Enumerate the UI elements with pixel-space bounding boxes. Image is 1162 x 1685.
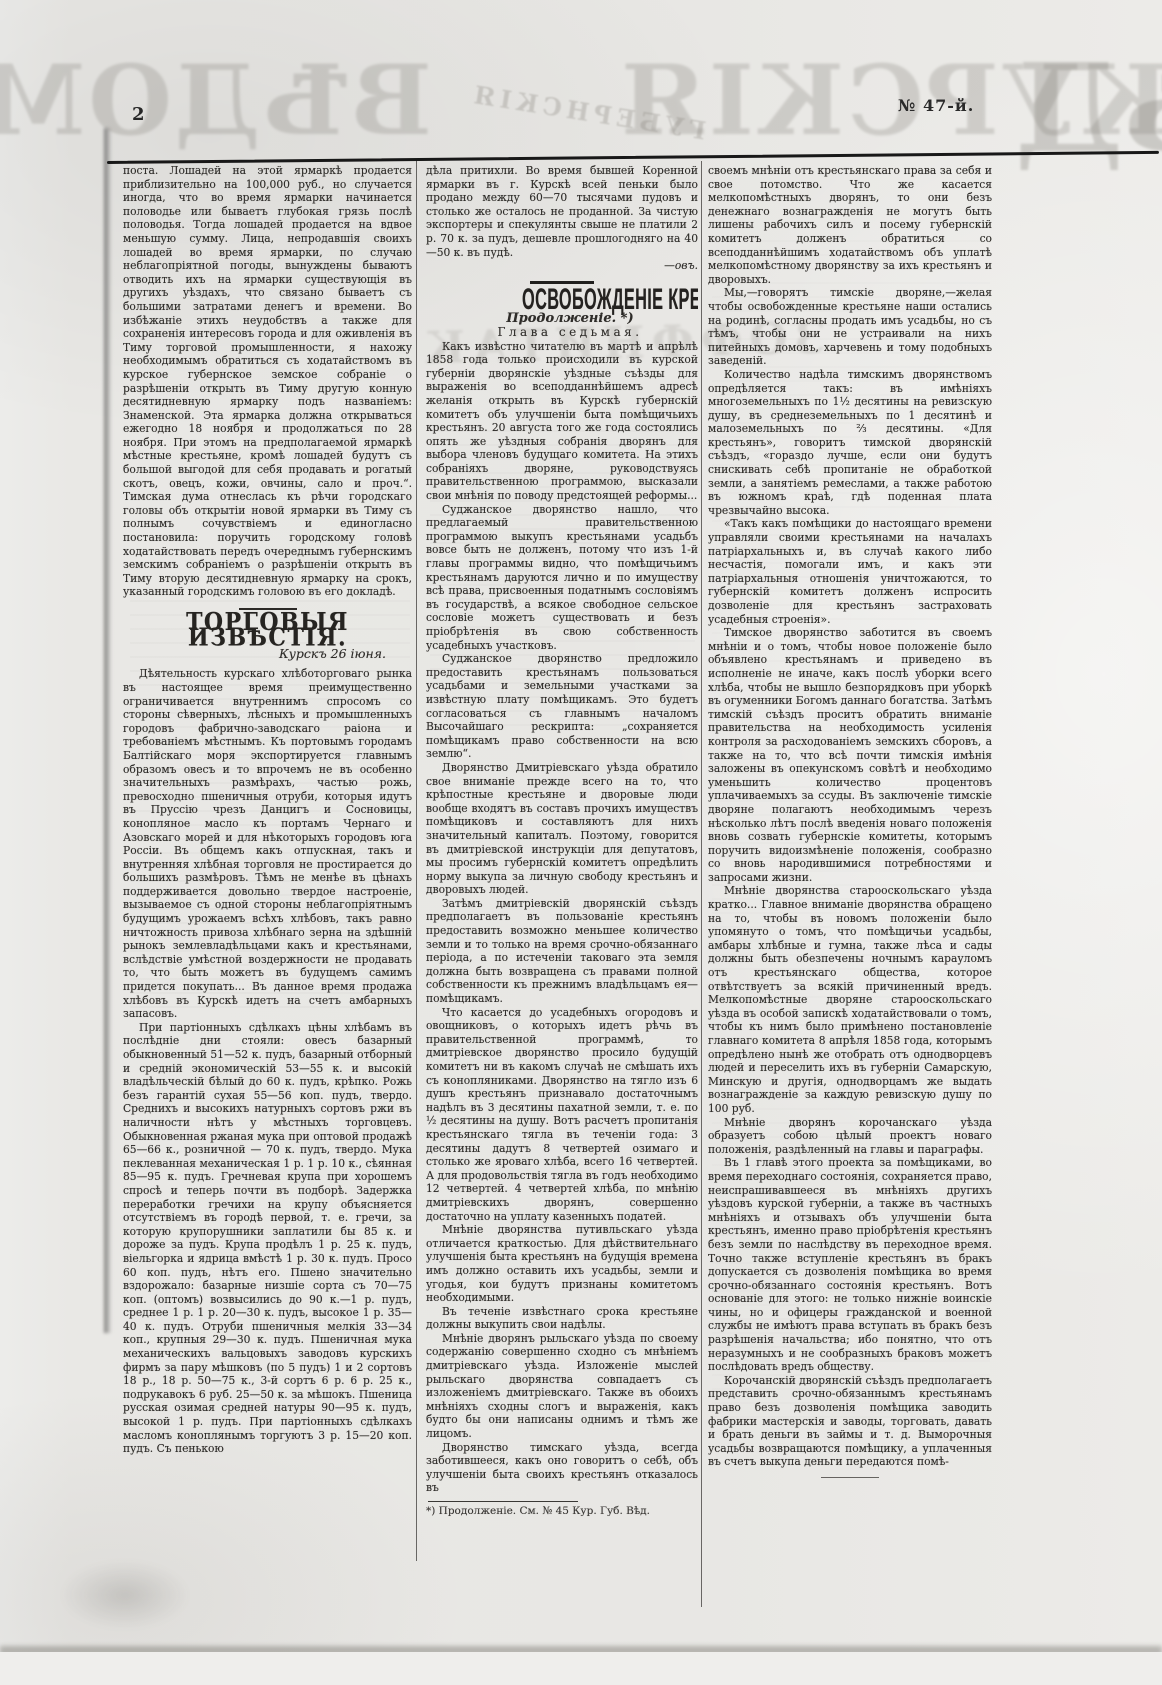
page-bottom-edge bbox=[0, 1652, 1162, 1685]
author-signature: —овъ. bbox=[426, 259, 698, 273]
paragraph: Затѣмъ дмитріевскій дворянскій съѣздъ пр… bbox=[426, 897, 698, 1006]
paragraph: Корочанскій дворянскій съѣздъ предполага… bbox=[708, 1374, 992, 1469]
paragraph: Мнѣніе дворянства путивльскаго уѣзда отл… bbox=[426, 1223, 698, 1305]
article-continuation-paragraph: своемъ мнѣніи отъ крестьянскаго права за… bbox=[708, 164, 992, 286]
paragraph: Мы,—говорятъ тимскіе дворяне,—желая чтоб… bbox=[708, 286, 992, 368]
paragraph: Дворянство тимскаго уѣзда, всегда заботи… bbox=[426, 1441, 698, 1495]
paragraph: Суджанское дворянство нашло, что предлаг… bbox=[426, 503, 698, 653]
paragraph: Дѣятельность курскаго хлѣботорговаго рын… bbox=[123, 667, 412, 1020]
paragraph: «Такъ какъ помѣщики до настоящаго времен… bbox=[708, 517, 992, 626]
article-title: ОСВОБОЖДЕНІЕ КРЕСТЬЯНЪ ВЪ КУРСКОЙ ГУБ. bbox=[522, 291, 698, 308]
paragraph: Какъ извѣстно читателю въ мартѣ и апрѣлѣ… bbox=[426, 340, 698, 503]
column-1: поста. Лошадей на этой ярмаркѣ продается… bbox=[123, 164, 412, 1558]
paragraph: При партіонныхъ сдѣлкахъ цѣны хлѣбамъ въ… bbox=[123, 1021, 412, 1456]
column-rule-2 bbox=[701, 161, 702, 1607]
end-of-column-dash bbox=[821, 1477, 879, 1478]
paragraph: Въ теченіе извѣстнаго срока крестьяне до… bbox=[426, 1305, 698, 1332]
footnote-rule bbox=[428, 1501, 578, 1502]
column-2: дѣла притихли. Во время бывшей Коренной … bbox=[426, 164, 698, 1564]
trade-news-heading: ТОРГОВЫЯ ИЗВѢСТІЯ. bbox=[123, 615, 412, 645]
column-rule-1 bbox=[416, 161, 417, 1561]
issue-number: № 47-й. bbox=[898, 96, 974, 115]
pencil-smudge bbox=[60, 1560, 190, 1630]
paragraph: Въ 1 главѣ этого проекта за помѣщиками, … bbox=[708, 1156, 992, 1374]
paragraph: Количество надѣла тимскимъ дворянствомъ … bbox=[708, 368, 992, 518]
paragraph: Мнѣніе дворянъ корочанскаго уѣзда образу… bbox=[708, 1116, 992, 1157]
paragraph: Дворянство Дмитріевскаго уѣзда обратило … bbox=[426, 761, 698, 897]
paragraph: Мнѣніе дворянства старооскольскаго уѣзда… bbox=[708, 884, 992, 1115]
page-number: 2 bbox=[132, 104, 145, 125]
paragraph: Тимское дворянство заботится въ своемъ м… bbox=[708, 626, 992, 884]
paragraph: Суджанское дворянство предложило предост… bbox=[426, 652, 698, 761]
article-continuation-paragraph: дѣла притихли. Во время бывшей Коренной … bbox=[426, 164, 698, 259]
paragraph: Что касается до усадебныхъ огородовъ и о… bbox=[426, 1006, 698, 1224]
column-3: своемъ мнѣніи отъ крестьянскаго права за… bbox=[708, 164, 992, 1514]
article-continuation-paragraph: поста. Лошадей на этой ярмаркѣ продается… bbox=[123, 164, 412, 599]
chapter-heading: Глава седьмая. bbox=[426, 326, 698, 340]
footnote: *) Продолженіе. См. № 45 Кур. Губ. Вѣд. bbox=[426, 1505, 698, 1519]
page-edge-shadow bbox=[104, 128, 111, 1333]
paragraph: Мнѣніе дворянъ рыльскаго уѣзда по своему… bbox=[426, 1332, 698, 1441]
